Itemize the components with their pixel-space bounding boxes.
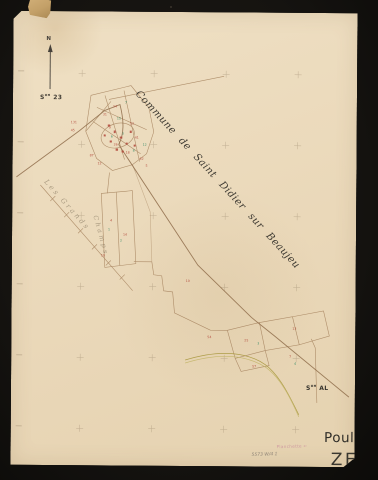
svg-text:24: 24 — [113, 105, 117, 109]
north-label: N — [46, 36, 51, 42]
svg-text:9: 9 — [109, 125, 111, 129]
scanned-cadastral-map: { "scene": { "mat_color": "#151310", "pa… — [0, 0, 378, 480]
svg-text:1: 1 — [108, 227, 110, 231]
dust-speck — [170, 6, 172, 8]
svg-text:87: 87 — [90, 153, 94, 157]
svg-text:131: 131 — [71, 120, 77, 124]
margin-ticks — [16, 71, 24, 426]
svg-text:53: 53 — [130, 122, 134, 126]
svg-text:6: 6 — [111, 134, 113, 138]
section-sup: on — [311, 384, 317, 388]
svg-text:41: 41 — [135, 136, 139, 140]
pencil-note-gray: 5573 W/4 1 — [251, 452, 277, 458]
svg-text:7: 7 — [289, 355, 291, 359]
pencil-note-pink: Planchette ← — [276, 443, 307, 449]
svg-text:31: 31 — [103, 112, 107, 116]
map-sheet-paper: 1314524731159533411226618862587124114210… — [10, 11, 357, 467]
svg-text:5: 5 — [145, 164, 147, 168]
svg-text:12: 12 — [98, 161, 102, 165]
svg-text:3: 3 — [257, 342, 259, 346]
section-sup: on — [45, 93, 51, 97]
section-label-bottomright: Son AL — [306, 384, 329, 392]
svg-text:3: 3 — [122, 132, 124, 136]
section-label-topleft: Son 23 — [40, 93, 62, 101]
svg-text:62: 62 — [140, 157, 144, 161]
svg-text:18: 18 — [126, 151, 130, 155]
svg-text:26: 26 — [114, 143, 118, 147]
svg-text:57: 57 — [252, 364, 256, 368]
svg-text:19: 19 — [186, 279, 190, 283]
svg-text:45: 45 — [71, 128, 75, 132]
boundary-lines — [39, 75, 331, 403]
svg-text:8: 8 — [133, 149, 135, 153]
olive-road — [185, 353, 299, 417]
svg-text:7: 7 — [125, 101, 127, 105]
north-arrow-icon — [48, 44, 53, 89]
svg-text:13: 13 — [292, 327, 296, 331]
svg-text:4: 4 — [110, 218, 112, 222]
svg-text:54: 54 — [207, 335, 211, 339]
section-number: AL — [319, 385, 328, 392]
svg-text:2: 2 — [120, 239, 122, 243]
svg-text:15: 15 — [117, 117, 121, 121]
map-linework: 1314524731159533411226618862587124114210… — [10, 11, 357, 467]
section-number: 23 — [53, 94, 62, 101]
commune-name-label: Poule — [320, 430, 368, 446]
svg-text:14: 14 — [123, 233, 127, 237]
svg-text:25: 25 — [244, 338, 248, 342]
svg-text:12: 12 — [143, 143, 147, 147]
svg-text:4: 4 — [294, 362, 296, 366]
sheet-code-label: ZE — [322, 450, 366, 470]
